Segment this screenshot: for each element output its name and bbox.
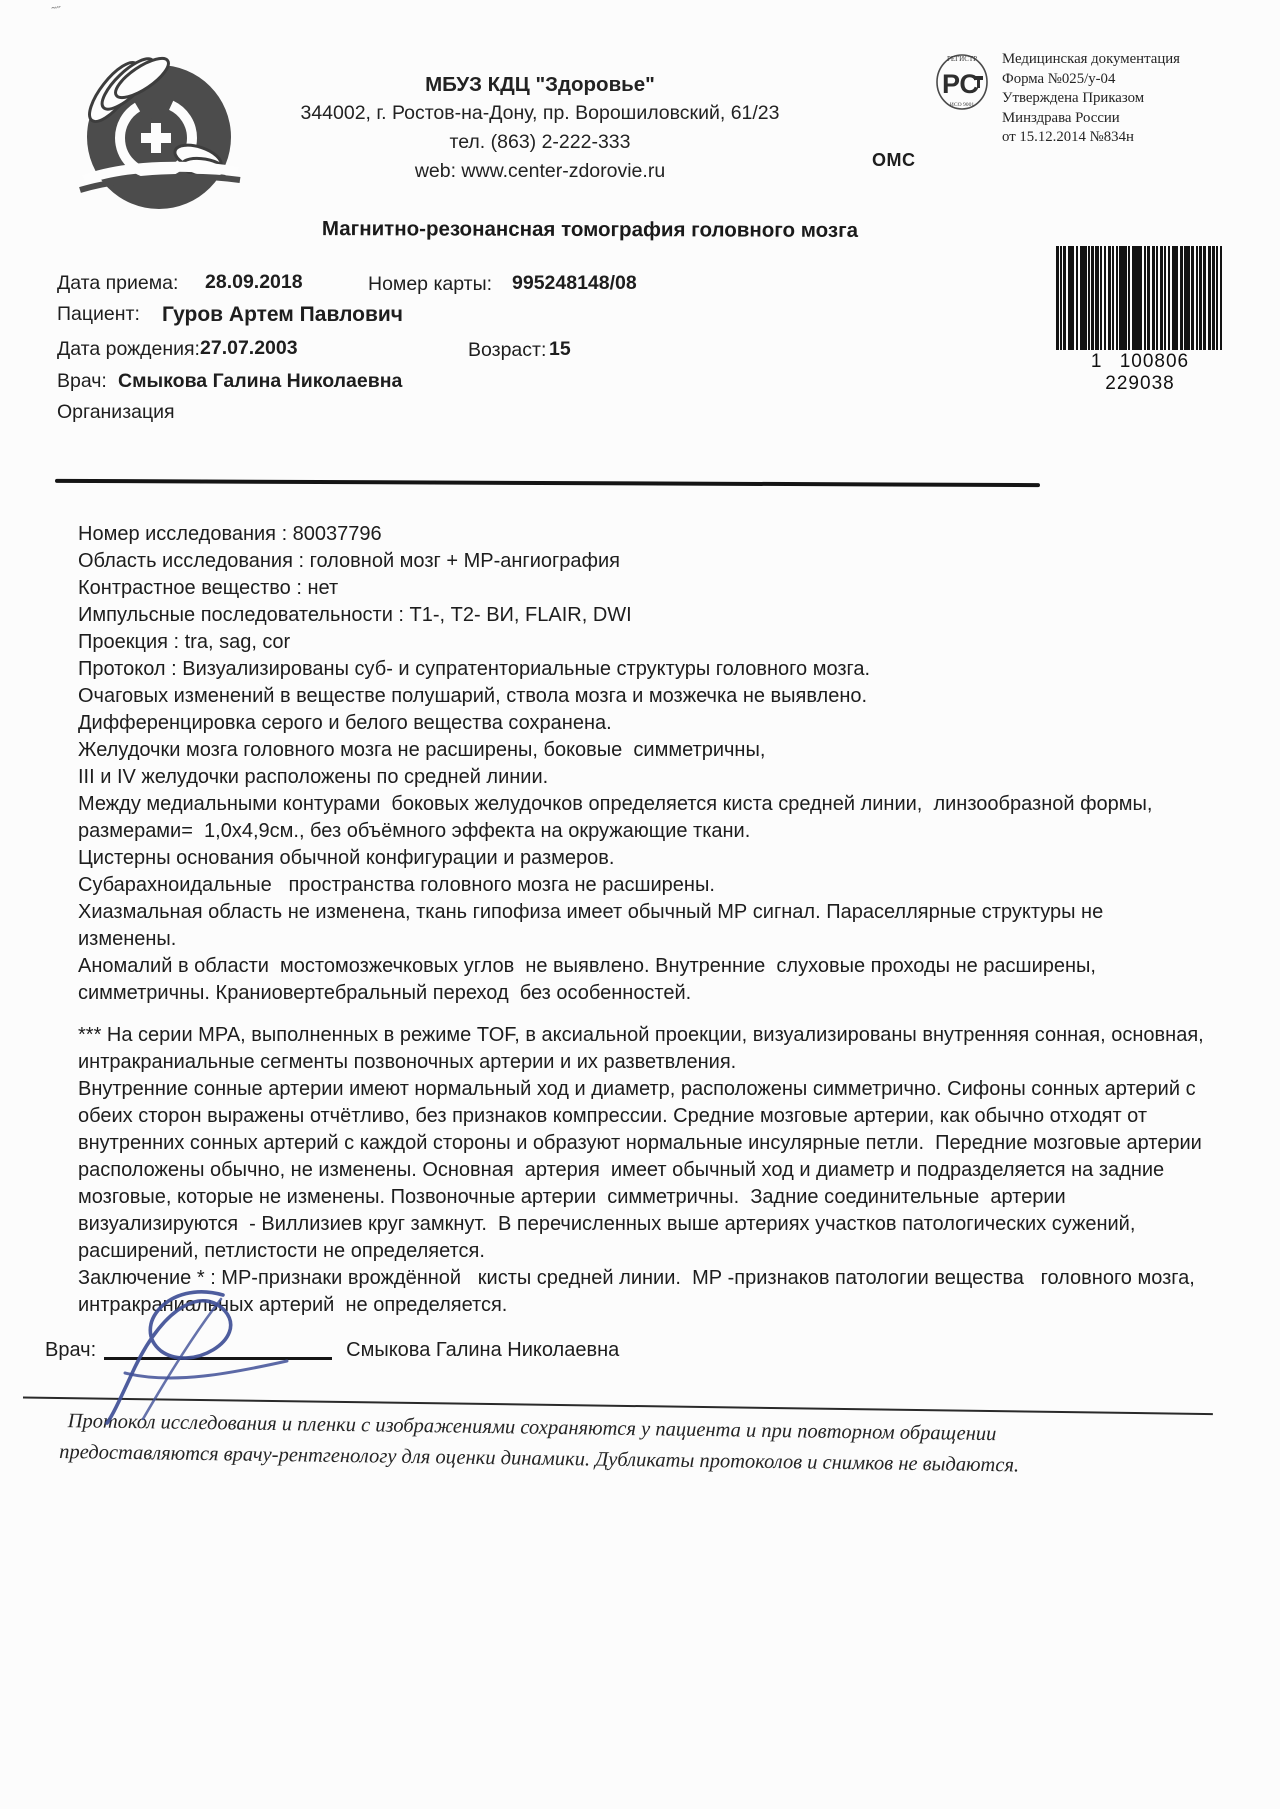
document-title: Магнитно-резонансная томография головног…	[90, 216, 1090, 243]
signature-doctor-name: Смыкова Галина Николаевна	[346, 1339, 619, 1361]
patient-label: Пациент:	[57, 303, 140, 326]
report-paragraph: Очаговых изменений в веществе полушарий,…	[78, 683, 1204, 710]
report-paragraph: Контрастное вещество : нет	[78, 575, 1204, 602]
barcode: 1 100806 229038	[1056, 246, 1224, 395]
report-paragraph: *** На серии МРА, выполненных в режиме T…	[78, 1022, 1204, 1076]
report-paragraph: Аномалий в области мостомозжечковых угло…	[78, 953, 1204, 1007]
form-info-line: Утверждена Приказом	[1002, 89, 1217, 109]
birth-date-label: Дата рождения:	[57, 338, 200, 361]
section-divider	[55, 479, 1040, 487]
clinic-website: web: www.center-zdorovie.ru	[190, 157, 890, 186]
report-content: Номер исследования : 80037796Область исс…	[78, 521, 1204, 1468]
form-info-line: Форма №025/у-04	[1002, 70, 1217, 90]
stamp-bottom-text: ИСО 9001	[950, 102, 975, 108]
report-paragraph: Хиазмальная область не изменена, ткань г…	[78, 899, 1204, 953]
report-body: Номер исследования : 80037796Область исс…	[78, 521, 1204, 1319]
report-paragraph: Дифференцировка серого и белого вещества…	[78, 710, 1204, 737]
report-paragraph: Цистерны основания обычной конфигурации …	[78, 845, 1204, 872]
organization-label: Организация	[57, 401, 175, 424]
report-paragraph: Импульсные последовательности : Т1-, Т2-…	[78, 602, 1204, 629]
stamp-top-text: РЕГИСТР	[947, 55, 977, 63]
report-paragraph: Субарахноидальные пространства головного…	[78, 872, 1204, 899]
doctor-name: Смыкова Галина Николаевна	[118, 370, 402, 393]
report-paragraph: Номер исследования : 80037796	[78, 521, 1204, 548]
certification-stamp-icon: РЕГИСТР РС ИСО 9001	[934, 48, 992, 114]
clinic-address: 344002, г. Ростов-на-Дону, пр. Ворошилов…	[190, 99, 890, 128]
clinic-phone: тел. (863) 2-222-333	[190, 128, 890, 157]
card-number-label: Номер карты:	[368, 273, 492, 296]
oms-label: ОМС	[872, 150, 916, 171]
age-label: Возраст:	[468, 339, 546, 362]
admission-date-label: Дата приема:	[57, 272, 178, 295]
scan-artifact: ˜˝	[51, 4, 61, 20]
report-paragraph: Желудочки мозга головного мозга не расши…	[78, 737, 1204, 764]
barcode-number: 1 100806 229038	[1056, 351, 1224, 395]
doctor-signature-row: Врач:Смыкова Галина Николаевна	[45, 1337, 1204, 1389]
doctor-label: Врач:	[57, 370, 107, 393]
report-paragraph: Протокол : Визуализированы суб- и супрат…	[78, 656, 1204, 683]
form-info-block: Медицинская документацияФорма №025/у-04У…	[1002, 50, 1217, 148]
barcode-bars	[1056, 246, 1224, 350]
clinic-header: МБУЗ КДЦ "Здоровье" 344002, г. Ростов-на…	[190, 70, 890, 186]
form-info-line: Медицинская документация	[1002, 50, 1217, 70]
form-info-line: Минздрава России	[1002, 109, 1217, 129]
report-paragraph: Область исследования : головной мозг + М…	[78, 548, 1204, 575]
form-info-line: от 15.12.2014 №834н	[1002, 128, 1217, 148]
age-value: 15	[549, 338, 571, 361]
handwritten-signature	[73, 1277, 323, 1427]
scanned-document-page: ˜˝ МБУЗ КДЦ "Здоровье" 344002, г. Ростов…	[0, 0, 1280, 1809]
card-number-value: 995248148/08	[512, 272, 637, 295]
report-paragraph: III и IV желудочки расположены по средне…	[78, 764, 1204, 791]
admission-date-value: 28.09.2018	[205, 271, 303, 294]
report-paragraph: Проекция : tra, sag, cor	[78, 629, 1204, 656]
birth-date-value: 27.07.2003	[200, 337, 298, 360]
patient-name: Гуров Артем Павлович	[162, 303, 403, 327]
report-paragraph: Между медиальными контурами боковых желу…	[78, 791, 1204, 845]
report-paragraph: Внутренние сонные артерии имеют нормальн…	[78, 1076, 1204, 1265]
clinic-name: МБУЗ КДЦ "Здоровье"	[190, 70, 890, 99]
stamp-letters: РС	[942, 69, 979, 99]
